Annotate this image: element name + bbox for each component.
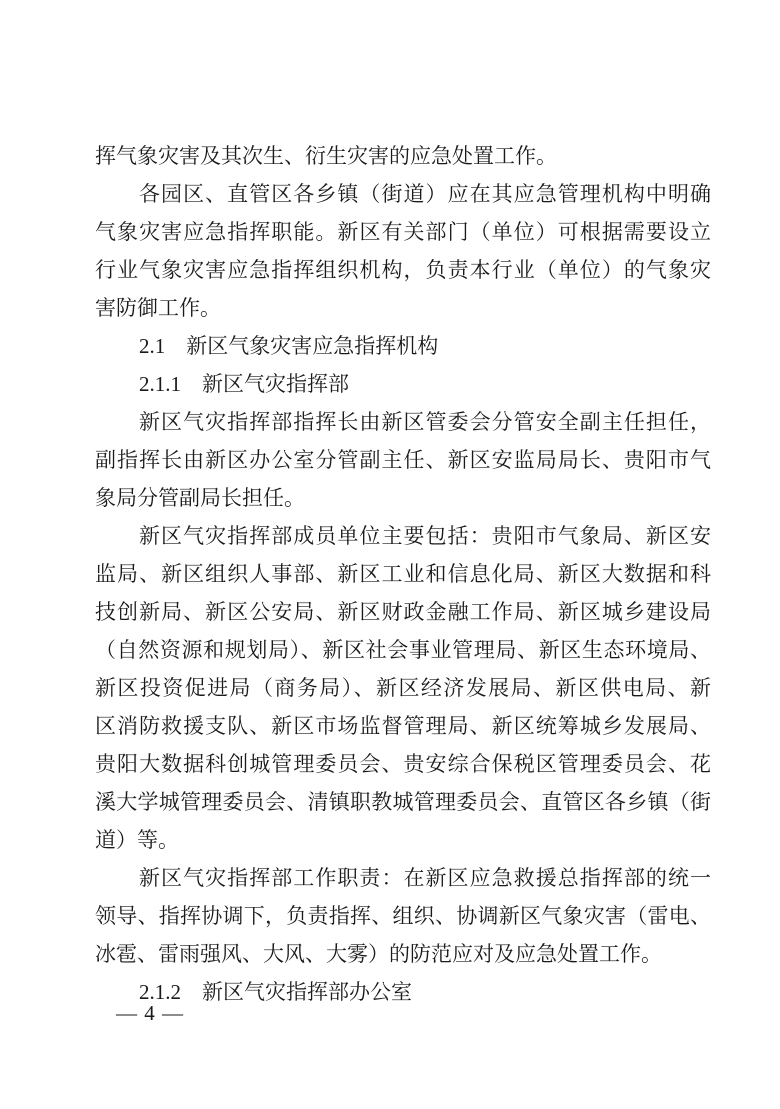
text-line: 新区投资促进局（商务局）、新区经济发展局、新区供电局、新 (95, 669, 711, 707)
text-line: 贵阳大数据科创城管理委员会、贵安综合保税区管理委员会、花 (95, 745, 711, 783)
text-line: 行业气象灾害应急指挥组织机构，负责本行业（单位）的气象灾 (95, 251, 711, 289)
heading-line: 2.1 新区气象灾害应急指挥机构 (95, 327, 711, 365)
text-line: 象局分管副局长担任。 (95, 479, 711, 517)
text-line: 领导、指挥协调下，负责指挥、组织、协调新区气象灾害（雷电、 (95, 897, 711, 935)
text-line: 新区气灾指挥部工作职责：在新区应急救援总指挥部的统一 (95, 859, 711, 897)
text-line: （自然资源和规划局）、新区社会事业管理局、新区生态环境局、 (95, 631, 711, 669)
text-line: 技创新局、新区公安局、新区财政金融工作局、新区城乡建设局 (95, 593, 711, 631)
text-line: 溪大学城管理委员会、清镇职教城管理委员会、直管区各乡镇（街 (95, 783, 711, 821)
text-line: 挥气象灾害及其次生、衍生灾害的应急处置工作。 (95, 137, 711, 175)
heading-line: 2.1.1 新区气灾指挥部 (95, 365, 711, 403)
text-line: 各园区、直管区各乡镇（街道）应在其应急管理机构中明确 (95, 175, 711, 213)
text-line: 冰雹、雷雨强风、大风、大雾）的防范应对及应急处置工作。 (95, 935, 711, 973)
text-line: 区消防救援支队、新区市场监督管理局、新区统筹城乡发展局、 (95, 707, 711, 745)
page-number: — 4 — (116, 999, 184, 1027)
text-line: 监局、新区组织人事部、新区工业和信息化局、新区大数据和科 (95, 555, 711, 593)
text-line: 害防御工作。 (95, 289, 711, 327)
heading-line: 2.1.2 新区气灾指挥部办公室 (95, 973, 711, 1011)
text-line: 新区气灾指挥部指挥长由新区管委会分管安全副主任担任， (95, 403, 711, 441)
text-line: 新区气灾指挥部成员单位主要包括：贵阳市气象局、新区安 (95, 517, 711, 555)
document-page: 挥气象灾害及其次生、衍生灾害的应急处置工作。各园区、直管区各乡镇（街道）应在其应… (0, 0, 780, 1109)
text-line: 副指挥长由新区办公室分管副主任、新区安监局局长、贵阳市气 (95, 441, 711, 479)
text-line: 气象灾害应急指挥职能。新区有关部门（单位）可根据需要设立 (95, 213, 711, 251)
document-body: 挥气象灾害及其次生、衍生灾害的应急处置工作。各园区、直管区各乡镇（街道）应在其应… (95, 137, 711, 1011)
text-line: 道）等。 (95, 821, 711, 859)
